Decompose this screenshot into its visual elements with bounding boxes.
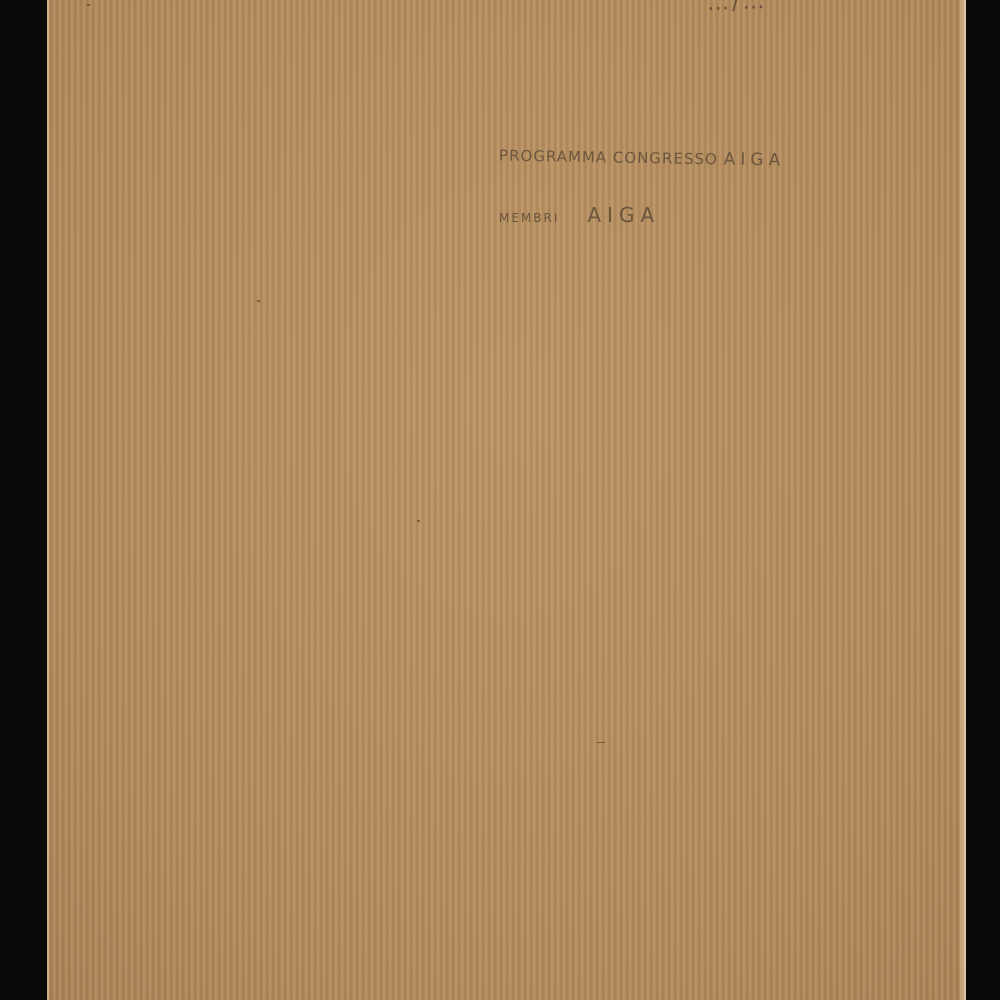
scan-background: …/… PROGRAMMA CONGRESSOAIGA MEMBRIAIGA: [0, 0, 1000, 1000]
paper-fleck: [597, 742, 605, 743]
paper-fleck: [257, 300, 260, 302]
archive-reference-number: …/…: [707, 0, 768, 16]
handwritten-title-line: PROGRAMMA CONGRESSOAIGA: [499, 146, 786, 171]
annotation-emphasis: AIGA: [724, 149, 786, 170]
annotation-text: PROGRAMMA CONGRESSO: [499, 147, 718, 169]
paper-fleck: [417, 520, 420, 522]
annotation-emphasis: AIGA: [587, 203, 660, 227]
folder-edge: [960, 0, 966, 1000]
annotation-text: MEMBRI: [499, 211, 559, 225]
kraft-folder-cover: …/… PROGRAMMA CONGRESSOAIGA MEMBRIAIGA: [47, 0, 966, 1000]
handwritten-subtitle-line: MEMBRIAIGA: [499, 203, 660, 227]
paper-fleck: [87, 4, 90, 6]
